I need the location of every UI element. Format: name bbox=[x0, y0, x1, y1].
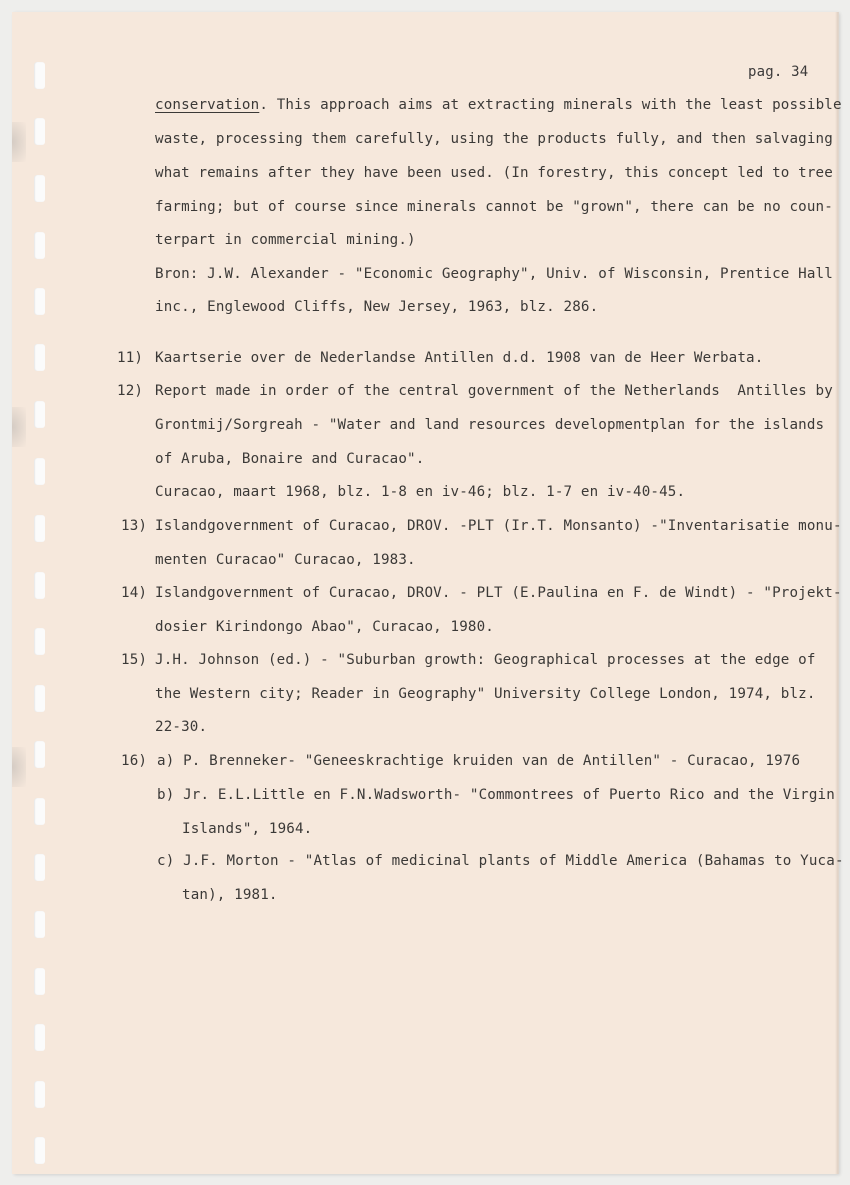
reference-number: 11) bbox=[117, 350, 143, 366]
reference-number: 16) bbox=[121, 753, 147, 769]
binding-hole bbox=[34, 1024, 45, 1051]
binding-hole bbox=[34, 62, 45, 89]
binding-hole bbox=[34, 175, 45, 202]
text-line: dosier Kirindongo Abao", Curacao, 1980. bbox=[155, 619, 494, 635]
text-line: Grontmij/Sorgreah - "Water and land reso… bbox=[155, 417, 824, 433]
text-line: farming; but of course since minerals ca… bbox=[155, 199, 833, 215]
text-line: a) P. Brenneker- "Geneeskrachtige kruide… bbox=[157, 753, 800, 769]
reference-number: 15) bbox=[121, 652, 147, 668]
binding-hole bbox=[34, 401, 45, 428]
text-line: Bron: J.W. Alexander - "Economic Geograp… bbox=[155, 266, 833, 282]
text-line-content: . This approach aims at extracting miner… bbox=[259, 97, 841, 113]
scan-smudge bbox=[12, 747, 26, 787]
text-line: of Aruba, Bonaire and Curacao". bbox=[155, 451, 424, 467]
underlined-term: conservation bbox=[155, 97, 259, 113]
text-line: b) Jr. E.L.Little en F.N.Wadsworth- "Com… bbox=[157, 787, 835, 803]
text-line: the Western city; Reader in Geography" U… bbox=[155, 686, 816, 702]
reference-number: 13) bbox=[121, 518, 147, 534]
binding-hole bbox=[34, 685, 45, 712]
document-page: pag. 34 conservation. This approach aims… bbox=[12, 12, 838, 1174]
binding-hole bbox=[34, 1081, 45, 1108]
text-line: Islands", 1964. bbox=[182, 821, 312, 837]
binding-hole bbox=[34, 288, 45, 315]
text-line: terpart in commercial mining.) bbox=[155, 232, 416, 248]
text-line: conservation. This approach aims at extr… bbox=[155, 97, 842, 113]
text-line: Curacao, maart 1968, blz. 1-8 en iv-46; … bbox=[155, 484, 685, 500]
scan-smudge bbox=[12, 122, 26, 162]
text-line: Report made in order of the central gove… bbox=[155, 383, 833, 399]
binding-hole bbox=[34, 515, 45, 542]
text-line: Islandgovernment of Curacao, DROV. - PLT… bbox=[155, 585, 842, 601]
text-line: tan), 1981. bbox=[182, 887, 278, 903]
binding-hole bbox=[34, 628, 45, 655]
text-line: J.H. Johnson (ed.) - "Suburban growth: G… bbox=[155, 652, 816, 668]
binding-hole bbox=[34, 968, 45, 995]
binding-hole bbox=[34, 458, 45, 485]
binding-hole bbox=[34, 344, 45, 371]
binding-hole bbox=[34, 1137, 45, 1164]
text-line: 22-30. bbox=[155, 719, 207, 735]
text-line: Islandgovernment of Curacao, DROV. -PLT … bbox=[155, 518, 842, 534]
reference-number: 14) bbox=[121, 585, 147, 601]
text-line: inc., Englewood Cliffs, New Jersey, 1963… bbox=[155, 299, 598, 315]
binding-hole bbox=[34, 911, 45, 938]
binding-hole bbox=[34, 572, 45, 599]
binding-hole bbox=[34, 232, 45, 259]
text-line: menten Curacao" Curacao, 1983. bbox=[155, 552, 416, 568]
binding-holes bbox=[12, 12, 72, 1174]
binding-hole bbox=[34, 118, 45, 145]
text-line: what remains after they have been used. … bbox=[155, 165, 833, 181]
binding-hole bbox=[34, 798, 45, 825]
page-number: pag. 34 bbox=[748, 64, 808, 80]
binding-hole bbox=[34, 854, 45, 881]
binding-hole bbox=[34, 741, 45, 768]
reference-number: 12) bbox=[117, 383, 143, 399]
scan-smudge bbox=[12, 407, 26, 447]
text-line: c) J.F. Morton - "Atlas of medicinal pla… bbox=[157, 853, 844, 869]
text-line: waste, processing them carefully, using … bbox=[155, 131, 833, 147]
text-line: Kaartserie over de Nederlandse Antillen … bbox=[155, 350, 763, 366]
